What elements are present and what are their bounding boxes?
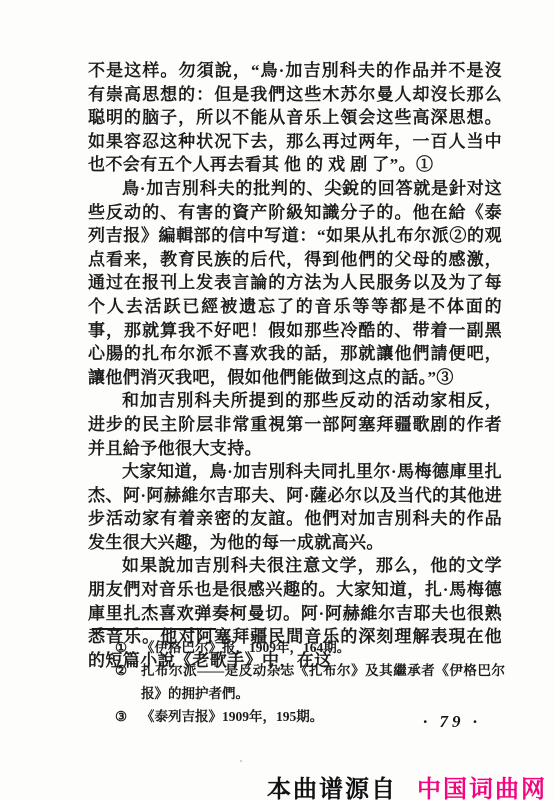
watermark-bar: 本曲谱源自 中国词曲网	[0, 769, 547, 801]
paragraph: 不是这样。勿須說，“鳥·加吉別科夫的作品并不是沒有崇高思想的：但是我們这些木苏尔…	[88, 59, 502, 177]
watermark-source-label: 本曲谱源自	[267, 769, 397, 801]
footnote-text: 扎布尔派——是反动杂志《扎布尔》及其繼承者《伊格巴尔报》的拥护者們。	[141, 659, 505, 705]
scan-speck	[240, 760, 242, 762]
paragraph: 和加吉別科夫所提到的那些反动的活动家相反，进步的民主阶层非常重視第一部阿塞拜疆歌…	[88, 389, 502, 460]
page-number: · 79 ·	[423, 712, 481, 732]
scan-speck	[340, 185, 343, 188]
main-text-block: 不是这样。勿須說，“鳥·加吉別科夫的作品并不是沒有崇高思想的：但是我們这些木苏尔…	[88, 59, 502, 672]
footnote-marker: ①	[115, 636, 141, 659]
footnote-text: 《伊格巴尔》报，1909年，164期。	[141, 636, 505, 659]
scanned-book-page: 不是这样。勿須說，“鳥·加吉別科夫的作品并不是沒有崇高思想的：但是我們这些木苏尔…	[0, 0, 555, 801]
watermark-site-name: 中国词曲网	[417, 769, 547, 801]
footnote-marker: ②	[115, 659, 141, 705]
footnote-marker: ③	[115, 705, 141, 728]
footnote-separator-line	[92, 628, 216, 630]
scan-speck	[400, 420, 404, 424]
paragraph: 鳥·加吉別科夫的批判的、尖銳的回答就是針对这些反动的、有害的資产阶級知識分子的。…	[88, 177, 502, 389]
footnote: ① 《伊格巴尔》报，1909年，164期。	[115, 636, 505, 659]
footnote: ② 扎布尔派——是反动杂志《扎布尔》及其繼承者《伊格巴尔报》的拥护者們。	[115, 659, 505, 705]
paragraph: 大家知道，鳥·加吉別科夫同扎里尔·馬梅德庫里扎杰、阿·阿赫維尔吉耶夫、阿·薩必尔…	[88, 460, 502, 554]
